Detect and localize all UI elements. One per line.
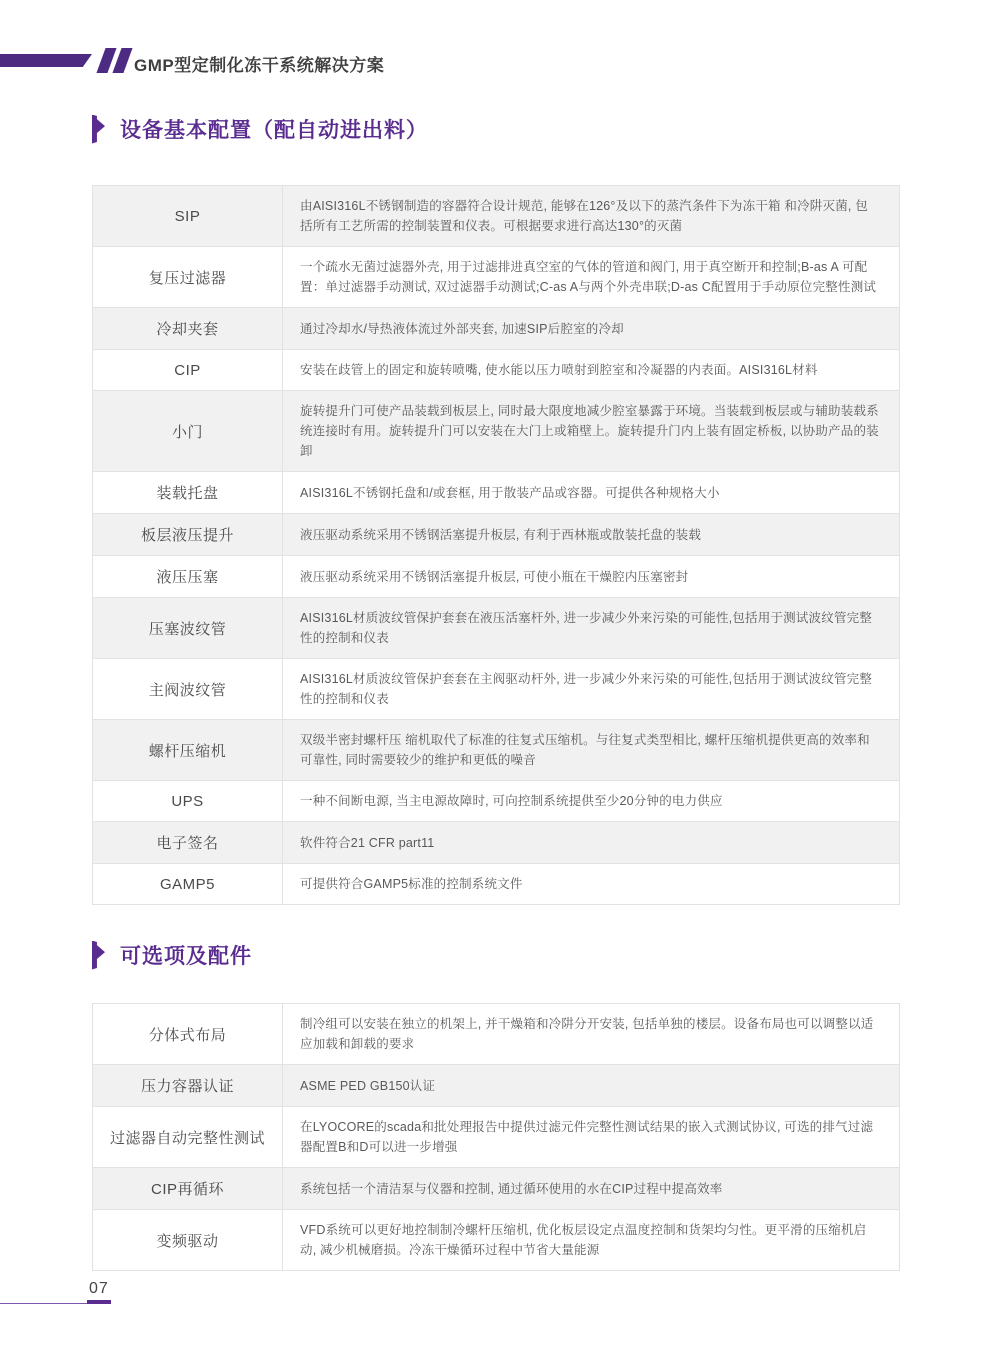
row-description: 液压驱动系统采用不锈钢活塞提升板层, 有利于西林瓶或散装托盘的装载 xyxy=(283,514,899,555)
row-label: 分体式布局 xyxy=(93,1004,283,1064)
row-description: 由AISI316L不锈钢制造的容器符合设计规范, 能够在126°及以下的蒸汽条件… xyxy=(283,186,899,246)
row-description: 软件符合21 CFR part11 xyxy=(283,822,899,863)
row-label: 压力容器认证 xyxy=(93,1065,283,1106)
document-title: GMP型定制化冻干系统解决方案 xyxy=(134,51,384,76)
header-slash-icon xyxy=(112,48,132,73)
row-label: CIP xyxy=(93,350,283,390)
row-label: CIP再循环 xyxy=(93,1168,283,1209)
table-row: 压塞波纹管 AISI316L材质波纹管保护套套在液压活塞杆外, 进一步减少外来污… xyxy=(93,598,899,659)
row-description: 液压驱动系统采用不锈钢活塞提升板层, 可使小瓶在干燥腔内压塞密封 xyxy=(283,556,899,597)
row-description: 制冷组可以安装在独立的机架上, 并干燥箱和冷阱分开安装, 包括单独的楼层。设备布… xyxy=(283,1004,899,1064)
row-description: AISI316L材质波纹管保护套套在液压活塞杆外, 进一步减少外来污染的可能性,… xyxy=(283,598,899,658)
table-row: 分体式布局 制冷组可以安装在独立的机架上, 并干燥箱和冷阱分开安装, 包括单独的… xyxy=(93,1004,899,1065)
section-heading-options-accessories: 可选项及配件 xyxy=(92,940,252,970)
table-row: 过滤器自动完整性测试 在LYOCORE的scada和批处理报告中提供过滤元件完整… xyxy=(93,1107,899,1168)
table-row: GAMP5 可提供符合GAMP5标准的控制系统文件 xyxy=(93,864,899,904)
table-row: 主阀波纹管 AISI316L材质波纹管保护套套在主阀驱动杆外, 进一步减少外来污… xyxy=(93,659,899,720)
table-row: 压力容器认证 ASME PED GB150认证 xyxy=(93,1065,899,1107)
section-heading-basic-config: 设备基本配置（配自动进出料） xyxy=(92,114,428,144)
table-row: 螺杆压缩机 双级半密封螺杆压 缩机取代了标准的往复式压缩机。与往复式类型相比, … xyxy=(93,720,899,781)
row-description: VFD系统可以更好地控制制冷螺杆压缩机, 优化板层设定点温度控制和货架均匀性。更… xyxy=(283,1210,899,1270)
row-label: 电子签名 xyxy=(93,822,283,863)
row-description: 旋转提升门可使产品装载到板层上, 同时最大限度地减少腔室暴露于环境。当装载到板层… xyxy=(283,391,899,471)
row-description: 系统包括一个清洁泵与仪器和控制, 通过循环使用的水在CIP过程中提高效率 xyxy=(283,1168,899,1209)
row-description: AISI316L不锈钢托盘和/或套框, 用于散装产品或容器。可提供各种规格大小 xyxy=(283,472,899,513)
row-description: ASME PED GB150认证 xyxy=(283,1065,899,1106)
row-description: 可提供符合GAMP5标准的控制系统文件 xyxy=(283,864,899,904)
table-row: SIP 由AISI316L不锈钢制造的容器符合设计规范, 能够在126°及以下的… xyxy=(93,186,899,247)
row-description: AISI316L材质波纹管保护套套在主阀驱动杆外, 进一步减少外来污染的可能性,… xyxy=(283,659,899,719)
row-label: 过滤器自动完整性测试 xyxy=(93,1107,283,1167)
table-row: UPS 一种不间断电源, 当主电源故障时, 可向控制系统提供至少20分钟的电力供… xyxy=(93,781,899,822)
table-row: 小门 旋转提升门可使产品装载到板层上, 同时最大限度地减少腔室暴露于环境。当装载… xyxy=(93,391,899,472)
section-title-text: 设备基本配置（配自动进出料） xyxy=(120,114,428,144)
section-marker-icon xyxy=(92,941,105,970)
row-description: 一个疏水无菌过滤器外壳, 用于过滤排进真空室的气体的管道和阀门, 用于真空断开和… xyxy=(283,247,899,307)
row-label: 装载托盘 xyxy=(93,472,283,513)
basic-config-table: SIP 由AISI316L不锈钢制造的容器符合设计规范, 能够在126°及以下的… xyxy=(92,185,900,905)
row-label: 主阀波纹管 xyxy=(93,659,283,719)
row-label: 小门 xyxy=(93,391,283,471)
section-title-text: 可选项及配件 xyxy=(120,940,252,970)
footer-accent-tick xyxy=(87,1300,111,1304)
row-description: 双级半密封螺杆压 缩机取代了标准的往复式压缩机。与往复式类型相比, 螺杆压缩机提… xyxy=(283,720,899,780)
row-label: SIP xyxy=(93,186,283,246)
row-description: 安装在歧管上的固定和旋转喷嘴, 使水能以压力喷射到腔室和冷凝器的内表面。AISI… xyxy=(283,350,899,390)
row-label: GAMP5 xyxy=(93,864,283,904)
section-marker-icon xyxy=(92,115,105,144)
footer-rule xyxy=(0,1303,87,1304)
row-label: 液压压塞 xyxy=(93,556,283,597)
row-label: UPS xyxy=(93,781,283,821)
table-row: 冷却夹套 通过冷却水/导热液体流过外部夹套, 加速SIP后腔室的冷却 xyxy=(93,308,899,350)
row-description: 通过冷却水/导热液体流过外部夹套, 加速SIP后腔室的冷却 xyxy=(283,308,899,349)
table-row: 板层液压提升 液压驱动系统采用不锈钢活塞提升板层, 有利于西林瓶或散装托盘的装载 xyxy=(93,514,899,556)
table-row: 装载托盘 AISI316L不锈钢托盘和/或套框, 用于散装产品或容器。可提供各种… xyxy=(93,472,899,514)
row-label: 复压过滤器 xyxy=(93,247,283,307)
row-label: 螺杆压缩机 xyxy=(93,720,283,780)
table-row: 液压压塞 液压驱动系统采用不锈钢活塞提升板层, 可使小瓶在干燥腔内压塞密封 xyxy=(93,556,899,598)
row-label: 冷却夹套 xyxy=(93,308,283,349)
header-accent-bar xyxy=(0,54,92,67)
row-label: 压塞波纹管 xyxy=(93,598,283,658)
table-row: 变频驱动 VFD系统可以更好地控制制冷螺杆压缩机, 优化板层设定点温度控制和货架… xyxy=(93,1210,899,1270)
row-label: 板层液压提升 xyxy=(93,514,283,555)
page-number: 07 xyxy=(89,1280,109,1298)
options-accessories-table: 分体式布局 制冷组可以安装在独立的机架上, 并干燥箱和冷阱分开安装, 包括单独的… xyxy=(92,1003,900,1271)
row-label: 变频驱动 xyxy=(93,1210,283,1270)
row-description: 一种不间断电源, 当主电源故障时, 可向控制系统提供至少20分钟的电力供应 xyxy=(283,781,899,821)
row-description: 在LYOCORE的scada和批处理报告中提供过滤元件完整性测试结果的嵌入式测试… xyxy=(283,1107,899,1167)
table-row: 复压过滤器 一个疏水无菌过滤器外壳, 用于过滤排进真空室的气体的管道和阀门, 用… xyxy=(93,247,899,308)
table-row: CIP再循环 系统包括一个清洁泵与仪器和控制, 通过循环使用的水在CIP过程中提… xyxy=(93,1168,899,1210)
table-row: CIP 安装在歧管上的固定和旋转喷嘴, 使水能以压力喷射到腔室和冷凝器的内表面。… xyxy=(93,350,899,391)
table-row: 电子签名 软件符合21 CFR part11 xyxy=(93,822,899,864)
